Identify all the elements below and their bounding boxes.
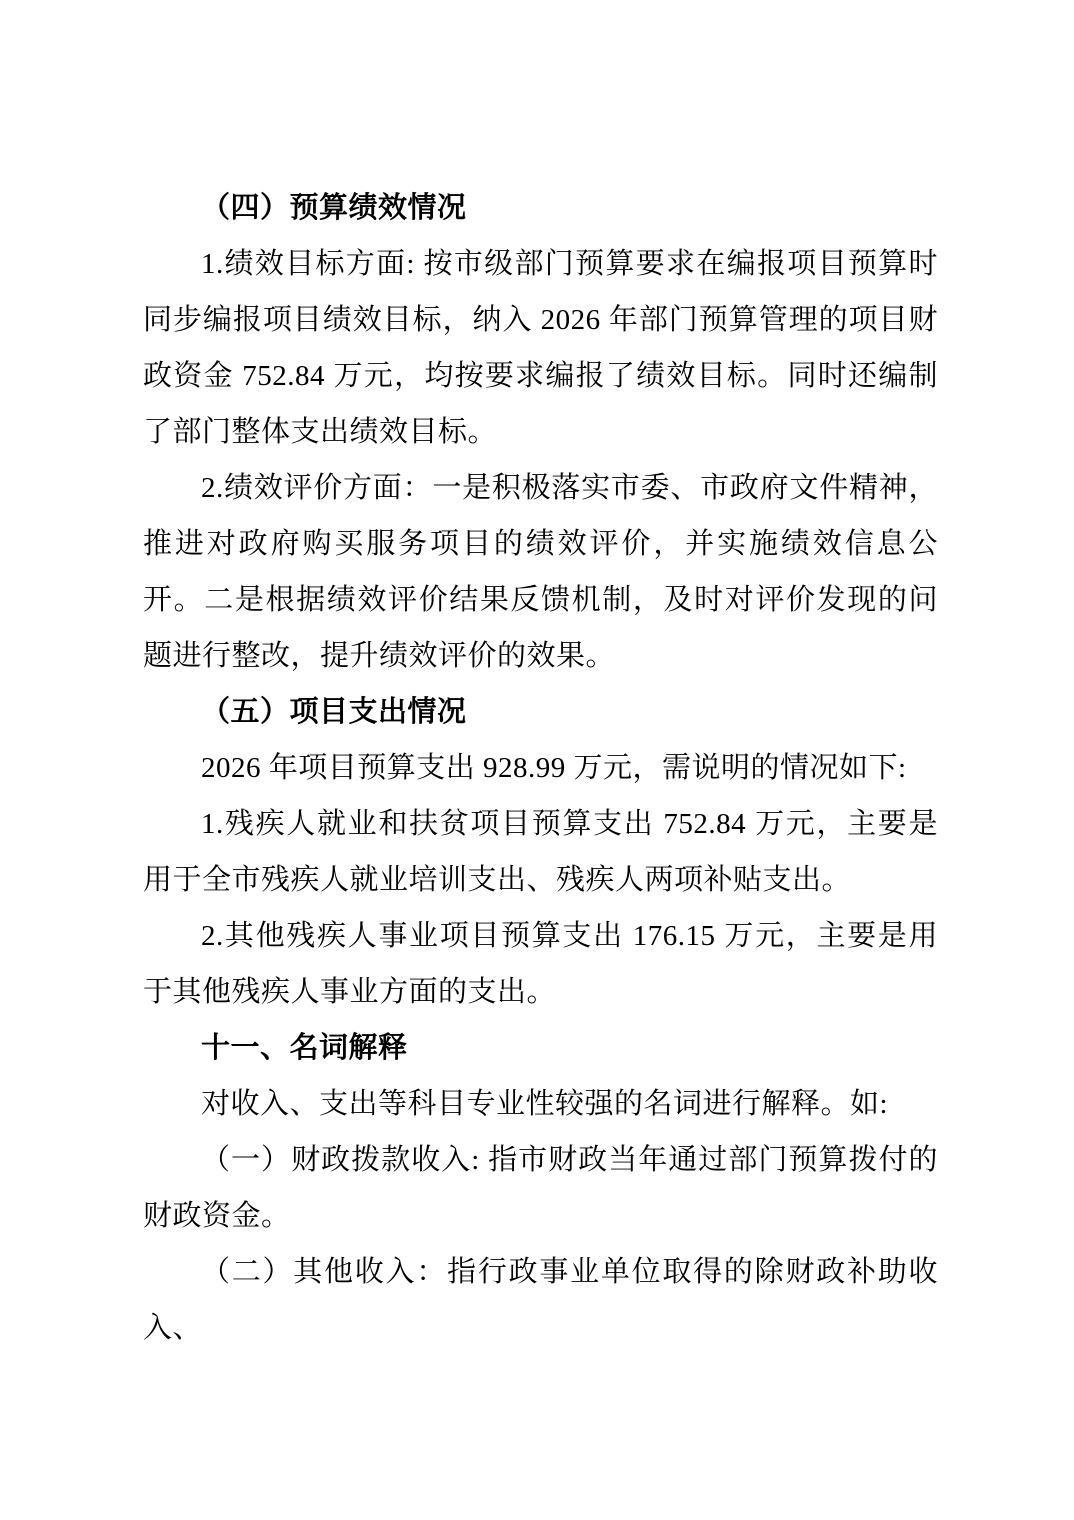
body-paragraph: 2026 年项目预算支出 928.99 万元，需说明的情况如下: — [143, 740, 938, 796]
section-heading: （五）项目支出情况 — [143, 684, 938, 740]
body-paragraph: 1.绩效目标方面: 按市级部门预算要求在编报项目预算时同步编报项目绩效目标，纳入… — [143, 236, 938, 460]
body-paragraph: 2.绩效评价方面：一是积极落实市委、市政府文件精神，推进对政府购买服务项目的绩效… — [143, 460, 938, 684]
body-paragraph: （一）财政拨款收入: 指市财政当年通过部门预算拨付的财政资金。 — [143, 1132, 938, 1244]
body-paragraph: （二）其他收入：指行政事业单位取得的除财政补助收入、 — [143, 1244, 938, 1356]
section-heading: （四）预算绩效情况 — [143, 180, 938, 236]
section-heading: 十一、名词解释 — [143, 1020, 938, 1076]
body-paragraph: 1.残疾人就业和扶贫项目预算支出 752.84 万元，主要是用于全市残疾人就业培… — [143, 796, 938, 908]
body-paragraph: 2.其他残疾人事业项目预算支出 176.15 万元，主要是用于其他残疾人事业方面… — [143, 908, 938, 1020]
document-body: （四）预算绩效情况1.绩效目标方面: 按市级部门预算要求在编报项目预算时同步编报… — [143, 180, 938, 1356]
body-paragraph: 对收入、支出等科目专业性较强的名词进行解释。如: — [143, 1076, 938, 1132]
document-page: （四）预算绩效情况1.绩效目标方面: 按市级部门预算要求在编报项目预算时同步编报… — [0, 0, 1074, 1520]
